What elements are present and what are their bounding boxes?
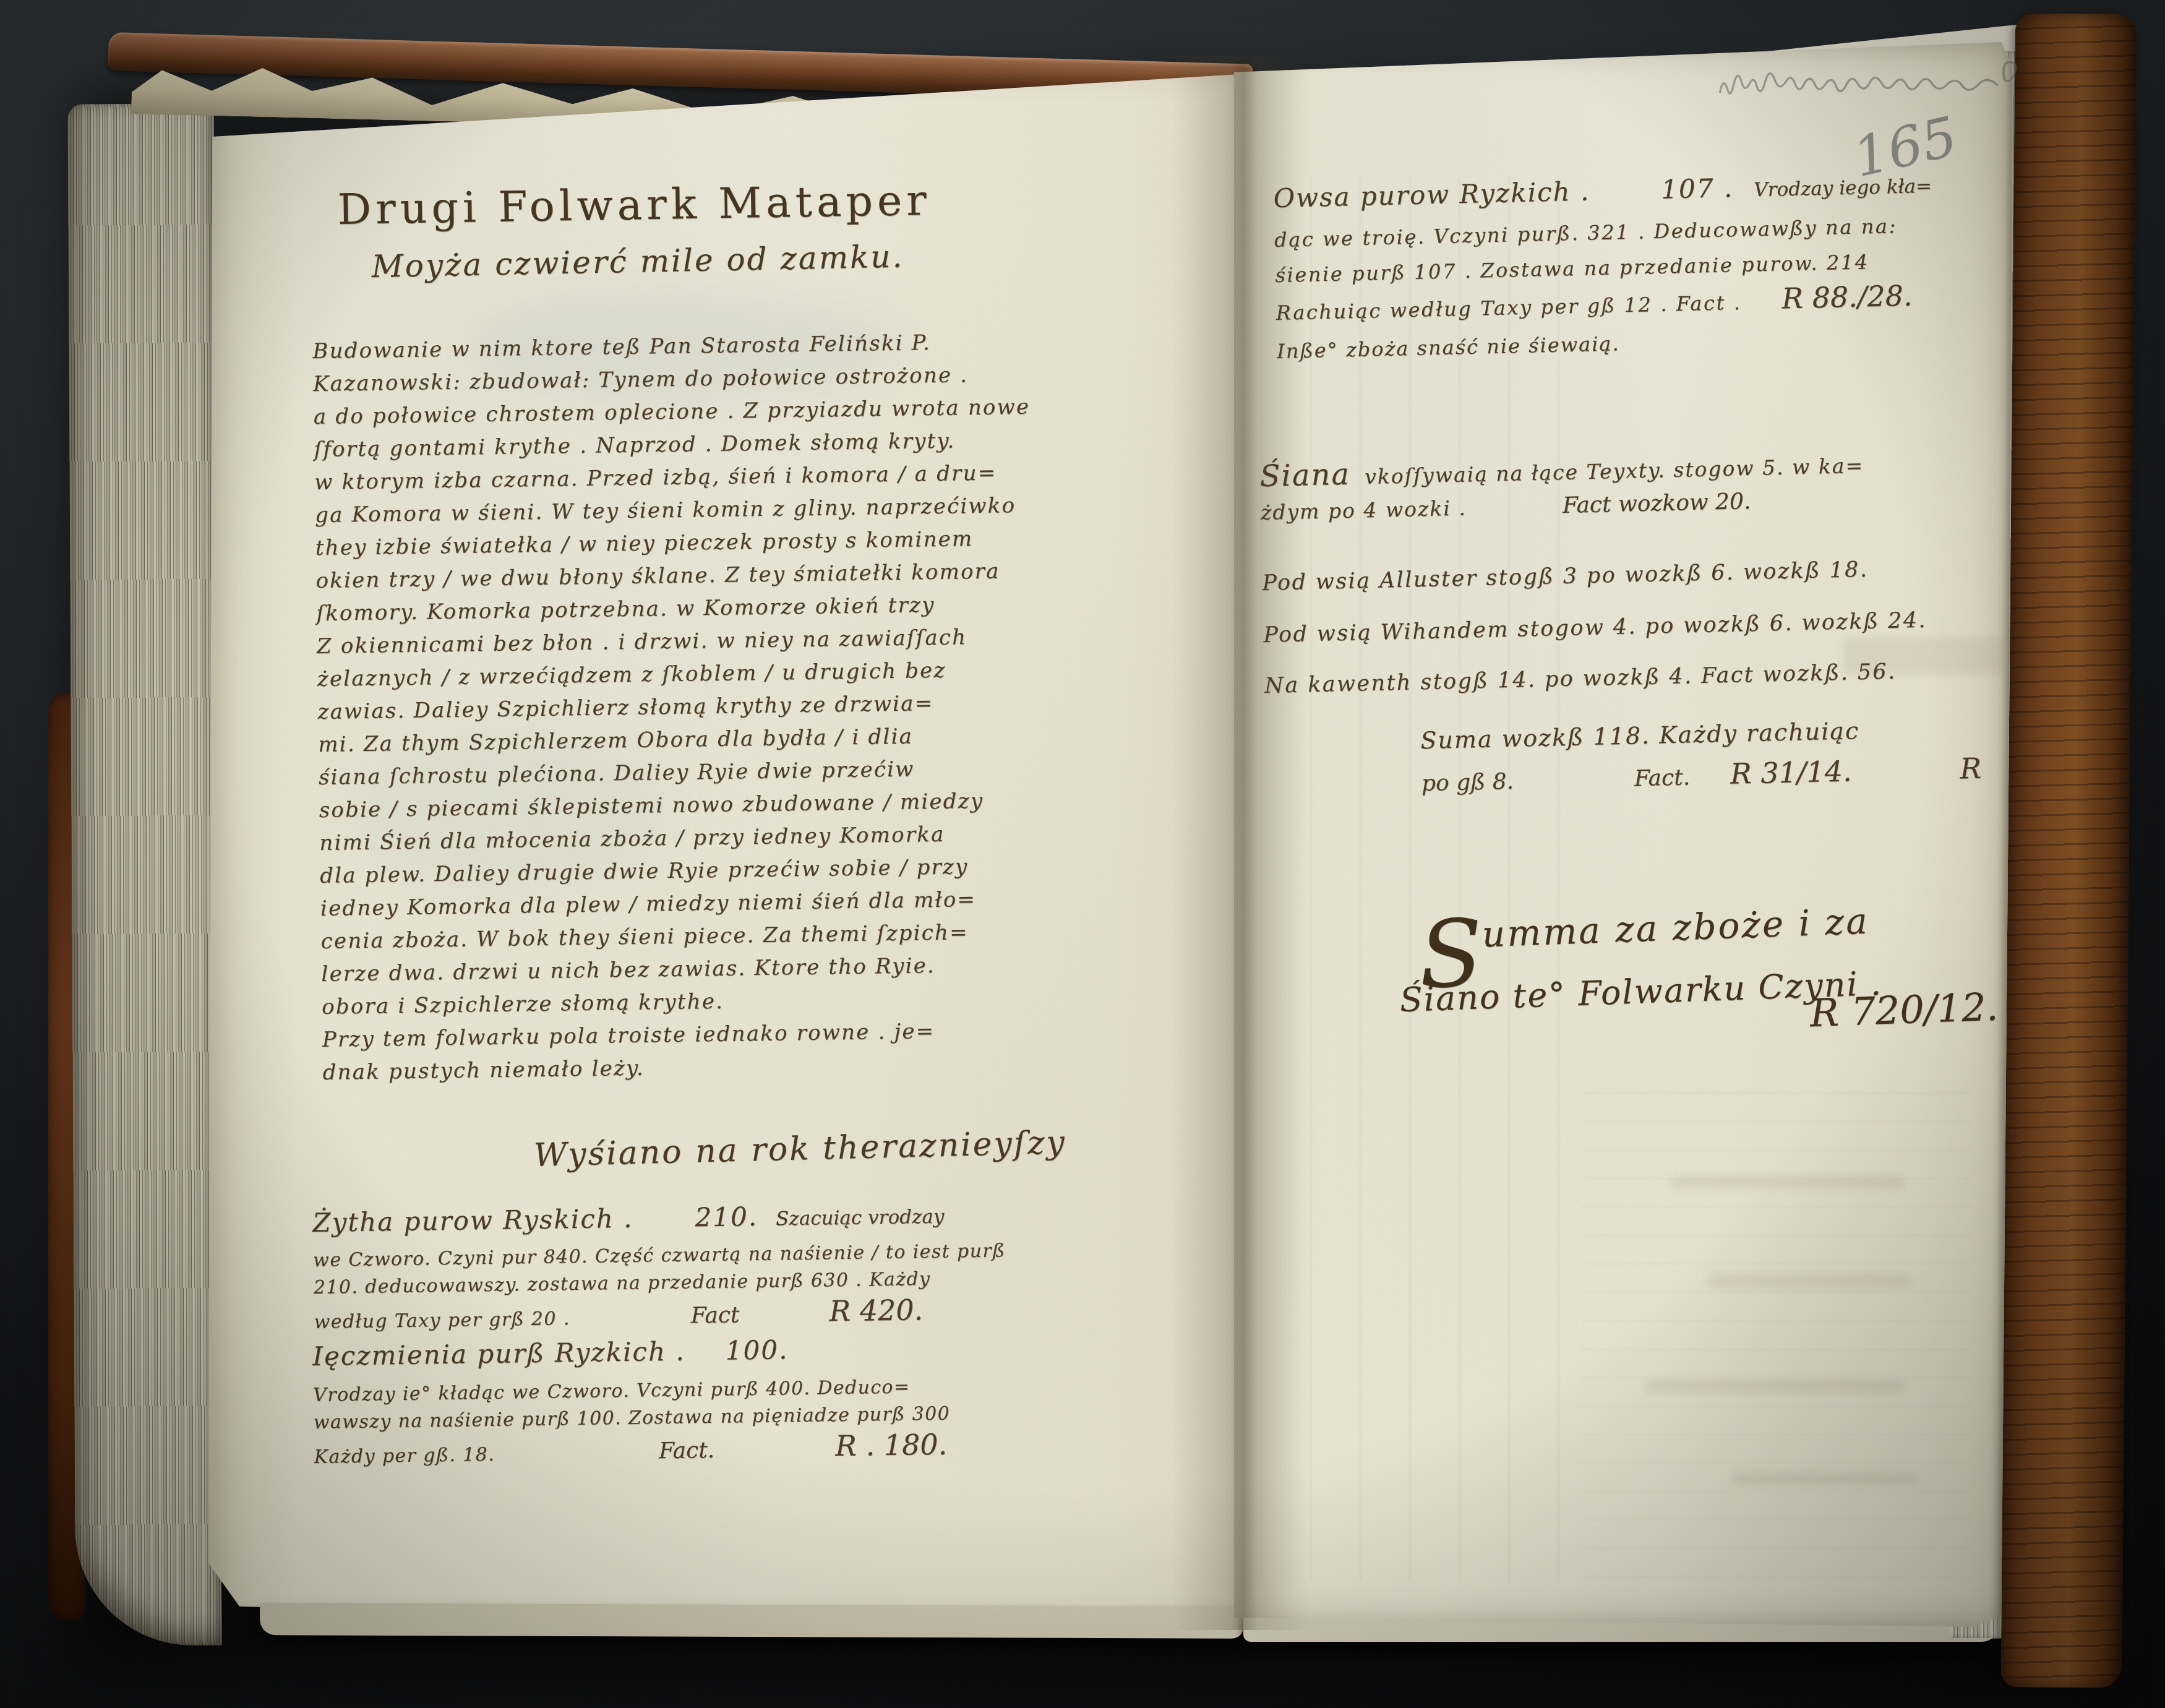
rye-head-number: 210.	[695, 1201, 758, 1232]
rye-head-tail: Szacuiąc vrodzay	[776, 1206, 945, 1230]
oats-head: Owsa purow Ryzkich .	[1273, 176, 1590, 213]
show-through-mark	[1732, 1472, 1918, 1485]
hay-row: Pod wsią Alluster stogß 3 po wozkß 6. wo…	[1262, 555, 1977, 596]
hay-section: Śiana vkoſſywaią na łące Teyxty. stogow …	[1259, 443, 1982, 805]
hay-sum-line1: Suma wozkß 118. Każdy rachuiąc	[1420, 715, 1981, 755]
rye-fact: Fact	[691, 1302, 740, 1328]
hay-line2-left: żdym po 4 wozki .	[1261, 496, 1467, 525]
oats-line-left: Rachuiąc według Taxy per gß 12 . Fact .	[1275, 291, 1742, 325]
oats-sum: R 88./28.	[1781, 279, 1913, 315]
hay-row: Na kawenth stogß 14. po wozkß 4. Fact wo…	[1264, 658, 1979, 698]
summa-value: R 720/12.	[1809, 984, 1999, 1036]
barley-head: Ięczmienia purß Ryzkich .	[312, 1336, 685, 1371]
barley-line-left: Każdy per gß. 18.	[314, 1444, 495, 1468]
show-through-mark	[1707, 1274, 1911, 1288]
hay-sum-left: po gß 8.	[1421, 769, 1514, 796]
manuscript-photo: Drugi Folwark Mataper Moyża czwierć mile…	[0, 0, 2165, 1708]
rye-line-left: według Taxy per grß 20 .	[314, 1308, 570, 1333]
rye-sum: R 420.	[829, 1293, 923, 1328]
barley-sum: R . 180.	[835, 1428, 948, 1463]
hay-sum-fact: Fact.	[1634, 765, 1691, 791]
left-page-edge-stack	[67, 103, 221, 1646]
barley-entry: Ięczmienia purß Ryzkich . 100. Vrodzay i…	[312, 1332, 951, 1467]
hay-sum-trailing-r: R	[1960, 752, 1982, 786]
oats-head-number: 107 .	[1661, 173, 1734, 205]
hay-sum-value: R 31/14.	[1730, 754, 1852, 790]
show-through-mark	[1645, 1380, 1905, 1393]
show-through-columns	[1261, 177, 1573, 1581]
barley-head-number: 100.	[725, 1334, 788, 1365]
show-through-ruling	[1581, 1076, 1971, 1577]
oats-entry: Owsa purow Ryzkich . 107 . Vrodzay iego …	[1273, 168, 1936, 363]
barley-fact: Fact.	[659, 1438, 715, 1464]
cover-leather-right	[2000, 13, 2137, 1688]
hay-line2-fact: Fact wozkow 20.	[1562, 489, 1751, 518]
rye-head: Żytha purow Ryskich .	[312, 1203, 633, 1238]
show-through-mark	[1670, 1175, 1905, 1189]
left-page-under-sliver	[260, 1603, 1243, 1639]
rye-entry: Żytha purow Ryskich . 210. Szacuiąc vrod…	[312, 1198, 1006, 1332]
hay-line1-tail: vkoſſywaią na łące Teyxty. stogow 5. w k…	[1365, 453, 1864, 489]
building-description: Budowanie w nim ktore teß Pan Starosta F…	[312, 325, 1039, 1089]
hay-row: Pod wsią Wihandem stogow 4. po wozkß 6. …	[1263, 607, 1978, 648]
left-page-title: Drugi Folwark Mataper	[337, 176, 931, 234]
hay-head: Śiana	[1259, 457, 1351, 494]
